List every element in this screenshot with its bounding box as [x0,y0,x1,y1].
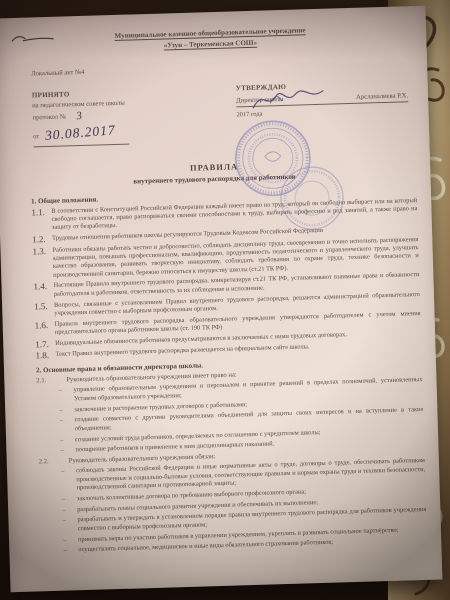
organization-header: Муниципальное казенное общеобразовательн… [40,23,380,55]
clause-2-1-bullets: управление образовательным учреждением и… [59,376,425,455]
pen-scribble-mark [10,31,56,46]
approval-block: ПРИНЯТО на педагогическом совете школы п… [0,78,430,165]
director-signature-scribble [250,83,327,113]
clause-2-2-bullets: соблюдать законы Российской Федерации и … [61,457,427,555]
date-line: от 30.08.2017 [33,122,130,148]
document-page: Муниципальное казенное общеобразовательн… [0,6,442,593]
protocol-label: протокол № [32,113,66,121]
document-body: 1. Общие положения. 1.1. В соответствии … [31,186,427,556]
document-photo: Муниципальное казенное общеобразовательн… [0,0,450,600]
accepted-block: ПРИНЯТО на педагогическом совете школы п… [32,87,130,147]
date-handwritten: 30.08.2017 [44,120,116,147]
date-label: от [33,133,39,140]
director-name: Арсланалиева Р.Х. [356,92,408,101]
